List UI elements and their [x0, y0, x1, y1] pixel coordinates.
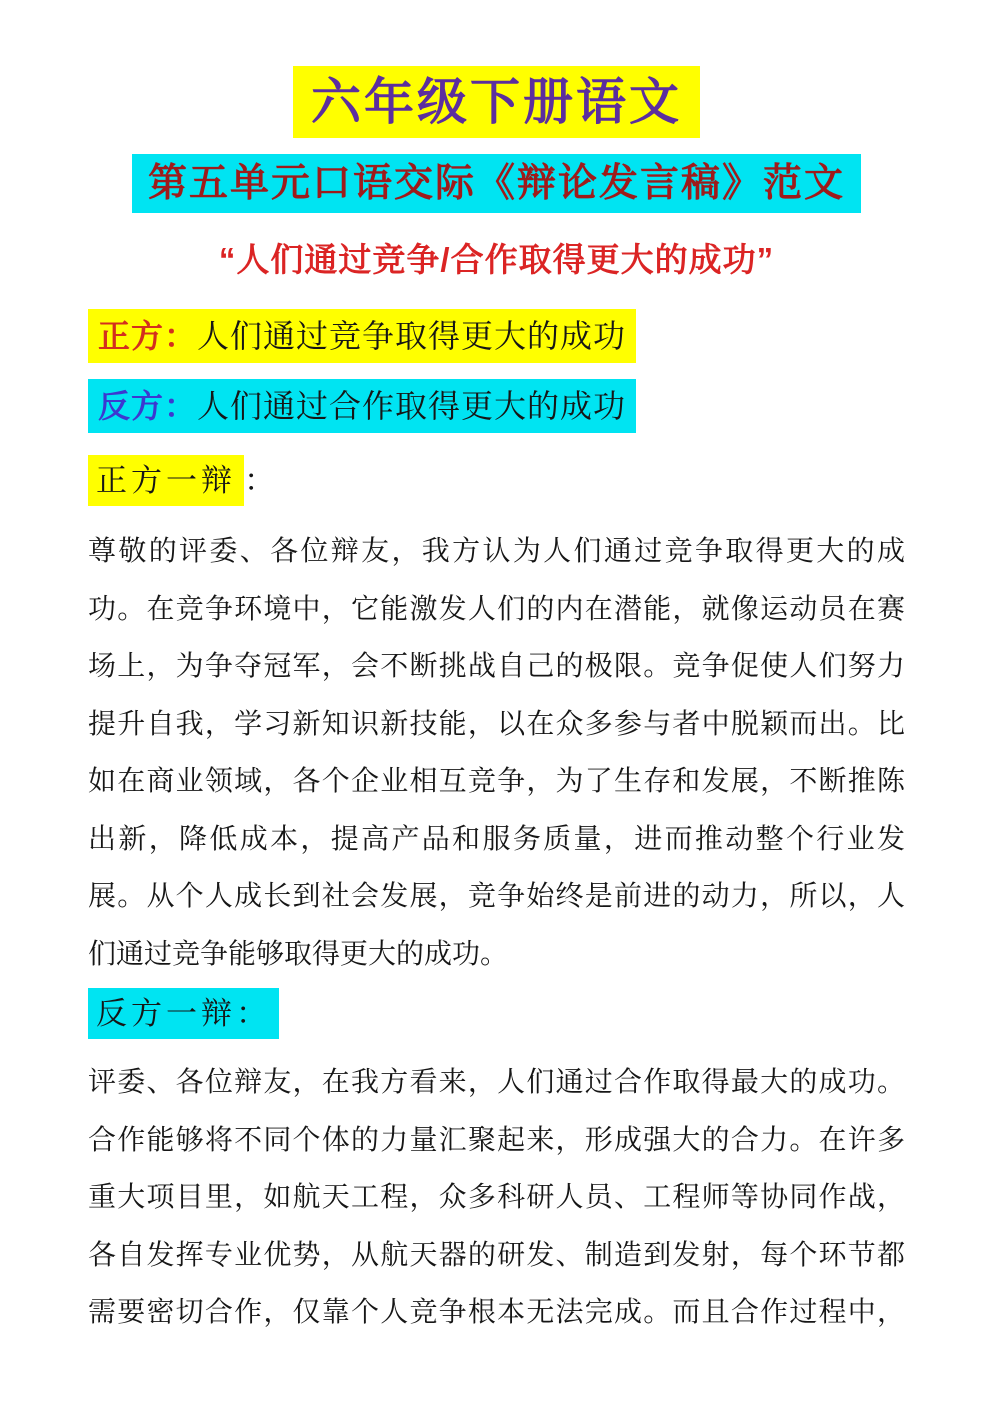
paragraph-line: 各自发挥专业优势，从航天器的研发、制造到发射，每个环节都 [88, 1226, 905, 1284]
paragraph-line: 们通过竞争能够取得更大的成功。 [88, 925, 905, 983]
paragraph-line: 出新，降低成本，提高产品和服务质量，进而推动整个行业发 [88, 810, 905, 868]
pro-section-heading-colon: ： [244, 463, 275, 498]
con-stance-row: 反方：人们通过合作取得更大的成功 [88, 379, 905, 433]
con-argument-paragraph: 评委、各位辩友，在我方看来，人们通过合作取得最大的成功。合作能够将不同个体的力量… [88, 1053, 905, 1341]
pro-argument-paragraph: 尊敬的评委、各位辩友，我方认为人们通过竞争取得更大的成功。在竞争环境中，它能激发… [88, 522, 905, 982]
paragraph-line: 展。从个人成长到社会发展，竞争始终是前进的动力，所以，人 [88, 867, 905, 925]
con-section-heading-row: 反方一辩： [88, 988, 905, 1039]
document-subtitle: 第五单元口语交际《辩论发言稿》范文 [132, 154, 861, 213]
con-stance-highlight: 反方：人们通过合作取得更大的成功 [88, 379, 636, 433]
pro-stance-highlight: 正方：人们通过竞争取得更大的成功 [88, 309, 636, 363]
paragraph-line: 尊敬的评委、各位辩友，我方认为人们通过竞争取得更大的成 [88, 522, 905, 580]
paragraph-line: 场上，为争夺冠军，会不断挑战自己的极限。竞争促使人们努力 [88, 637, 905, 695]
pro-stance-text: 人们通过竞争取得更大的成功 [197, 318, 626, 354]
document-page: 六年级下册语文 第五单元口语交际《辩论发言稿》范文 “人们通过竞争/合作取得更大… [0, 0, 993, 1410]
subtitle-row: 第五单元口语交际《辩论发言稿》范文 [0, 154, 993, 213]
paragraph-line: 功。在竞争环境中，它能激发人们的内在潜能，就像运动员在赛 [88, 580, 905, 638]
con-section-heading: 反方一辩： [88, 988, 279, 1039]
paragraph-line: 评委、各位辩友，在我方看来，人们通过合作取得最大的成功。 [88, 1053, 905, 1111]
con-stance-label: 反方： [98, 388, 197, 424]
document-title: 六年级下册语文 [293, 66, 700, 138]
pro-section-heading: 正方一辩 [88, 455, 244, 506]
paragraph-line: 如在商业领域，各个企业相互竞争，为了生存和发展，不断推陈 [88, 752, 905, 810]
paragraph-line: 重大项目里，如航天工程，众多科研人员、工程师等协同作战， [88, 1168, 905, 1226]
pro-stance-label: 正方： [98, 318, 197, 354]
con-stance-text: 人们通过合作取得更大的成功 [197, 388, 626, 424]
topic-row: “人们通过竞争/合作取得更大的成功” [0, 237, 993, 283]
pro-stance-row: 正方：人们通过竞争取得更大的成功 [88, 309, 905, 363]
paragraph-line: 需要密切合作，仅靠个人竞争根本无法完成。而且合作过程中， [88, 1283, 905, 1341]
pro-section-heading-row: 正方一辩： [88, 455, 905, 506]
paragraph-line: 合作能够将不同个体的力量汇聚起来，形成强大的合力。在许多 [88, 1111, 905, 1169]
debate-topic: “人们通过竞争/合作取得更大的成功” [219, 241, 774, 278]
title-row: 六年级下册语文 [0, 0, 993, 138]
paragraph-line: 提升自我，学习新知识新技能，以在众多参与者中脱颖而出。比 [88, 695, 905, 753]
